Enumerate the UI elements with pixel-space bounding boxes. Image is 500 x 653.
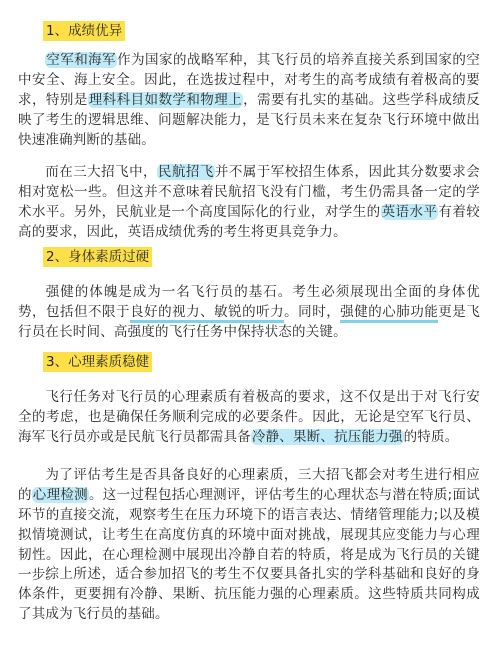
highlight-text: 冷静、果断、抗压能力强 — [251, 429, 404, 445]
section-heading-1: 1、成绩优异 — [43, 21, 125, 41]
paragraph-text: 的特质。 — [404, 429, 459, 445]
paragraph-text: 。同时， — [284, 304, 340, 320]
highlight-text: 民航招飞 — [157, 164, 215, 180]
paragraph-grades-civil: 而在三大招飞中，民航招飞并不属于军校招生体系，因此其分数要求会相对宽松一些。但这… — [18, 162, 480, 242]
highlight-text: 心理检测 — [32, 487, 89, 503]
paragraph-physical: 强健的体魄是成为一名飞行员的基石。考生必须展现出全面的身体优势，包括但不限于良好… — [18, 282, 480, 342]
section-heading-3: 3、心理素质稳健 — [43, 352, 152, 372]
highlight-text: 空军和海军 — [45, 52, 117, 68]
underlined-text: 良好的视力、敏锐的听力 — [130, 304, 284, 323]
underlined-text: 强健的心肺功能 — [340, 304, 438, 323]
paragraph-text: 而在三大招飞中， — [45, 164, 157, 180]
highlight-text: 理科科目如数学和物理上 — [88, 92, 243, 108]
highlight-text: 英语水平 — [381, 204, 439, 220]
paragraph-grades-military: 空军和海军作为国家的战略军种，其飞行员的培养直接关系到国家的空中安全、海上安全。… — [18, 50, 480, 150]
section-heading-2: 2、身体素质过硬 — [43, 247, 152, 267]
document-page: 1、成绩优异 空军和海军作为国家的战略军种，其飞行员的培养直接关系到国家的空中安… — [0, 0, 500, 653]
paragraph-psych-requirement: 飞行任务对飞行员的心理素质有着极高的要求，这不仅是出于对飞行安全的考虑，也是确保… — [18, 387, 480, 447]
paragraph-summary: 综上所述，适合参加招飞的考生不仅要具备扎实的学科基础和良好的身体条件，更要拥有冷… — [18, 564, 480, 624]
paragraph-text: 综上所述，适合参加招飞的考生不仅要具备扎实的学科基础和良好的身体条件，更要拥有冷… — [18, 566, 480, 622]
